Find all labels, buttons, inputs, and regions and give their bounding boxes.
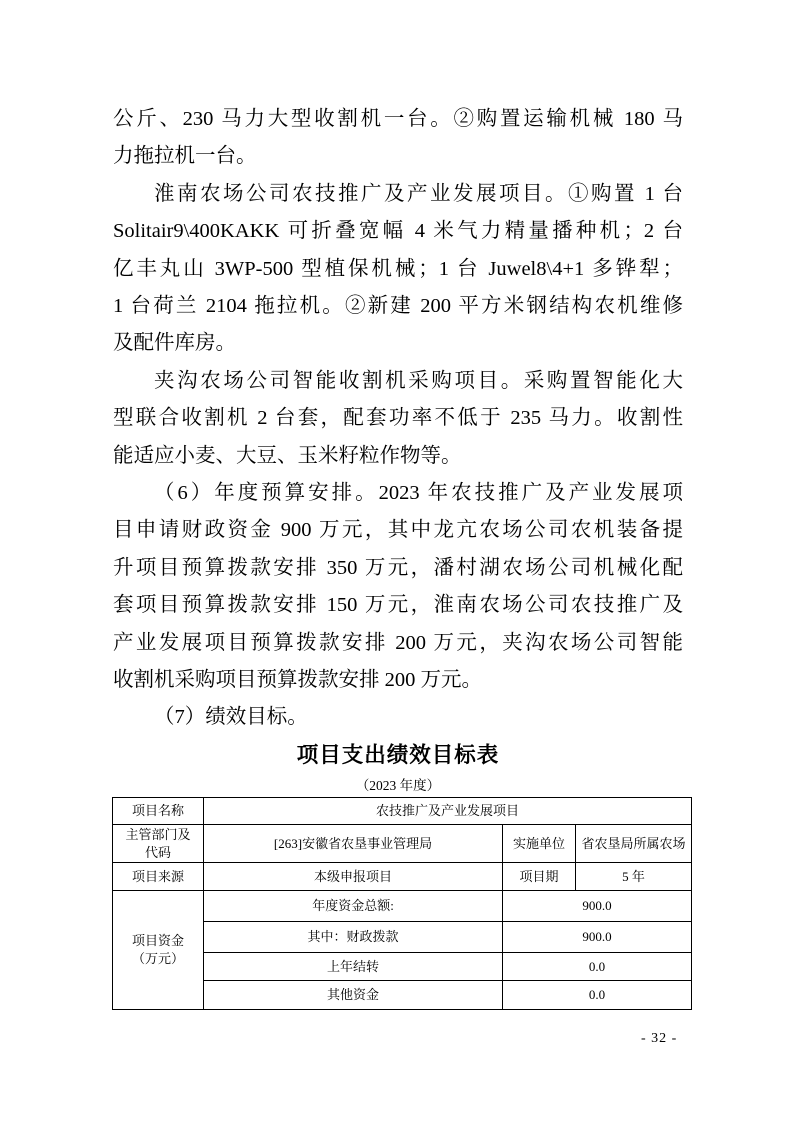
- body-text-block: 公斤、230 马力大型收割机一台。②购置运输机械 180 马 力拖拉机一台。 淮…: [113, 101, 683, 737]
- body-line: 力拖拉机一台。: [113, 138, 683, 175]
- funds-carryover-label: 上年结转: [204, 953, 503, 981]
- department-value: [263]安徽省农垦事业管理局: [204, 825, 503, 863]
- performance-table: 项目名称 农技推广及产业发展项目 主管部门及 代码 [263]安徽省农垦事业管理…: [112, 797, 692, 1010]
- document-page: 公斤、230 马力大型收割机一台。②购置运输机械 180 马 力拖拉机一台。 淮…: [0, 0, 794, 1123]
- performance-table-subtitle: （2023 年度）: [113, 774, 683, 794]
- body-line: 及配件库房。: [113, 325, 683, 362]
- project-name-label: 项目名称: [113, 798, 204, 825]
- project-source-label: 项目来源: [113, 863, 204, 891]
- body-line: 淮南农场公司农技推广及产业发展项目。①购置 1 台: [113, 176, 683, 213]
- funds-fiscal-value: 900.0: [503, 922, 692, 953]
- project-name-value: 农技推广及产业发展项目: [204, 798, 692, 825]
- body-line: Solitair9\400KAKK 可折叠宽幅 4 米气力精量播种机；2 台: [113, 213, 683, 250]
- body-line: 目申请财政资金 900 万元，其中龙亢农场公司农机装备提: [113, 512, 683, 549]
- table-row: 项目资金 （万元） 年度资金总额: 900.0: [113, 891, 692, 922]
- table-row: 主管部门及 代码 [263]安徽省农垦事业管理局 实施单位 省农垦局所属农场: [113, 825, 692, 863]
- body-line: 产业发展项目预算拨款安排 200 万元，夹沟农场公司智能: [113, 625, 683, 662]
- project-period-label: 项目期: [503, 863, 576, 891]
- body-line: 型联合收割机 2 台套，配套功率不低于 235 马力。收割性: [113, 400, 683, 437]
- implement-unit-value: 省农垦局所属农场: [576, 825, 692, 863]
- body-line: 1 台荷兰 2104 拖拉机。②新建 200 平方米钢结构农机维修: [113, 288, 683, 325]
- project-period-value: 5 年: [576, 863, 692, 891]
- project-source-value: 本级申报项目: [204, 863, 503, 891]
- implement-unit-label: 实施单位: [503, 825, 576, 863]
- body-line: 升项目预算拨款安排 350 万元，潘村湖农场公司机械化配: [113, 550, 683, 587]
- funds-other-label: 其他资金: [204, 981, 503, 1010]
- funds-total-label: 年度资金总额:: [204, 891, 503, 922]
- funds-label: 项目资金 （万元）: [113, 891, 204, 1010]
- table-row: 项目名称 农技推广及产业发展项目: [113, 798, 692, 825]
- funds-carryover-value: 0.0: [503, 953, 692, 981]
- funds-other-value: 0.0: [503, 981, 692, 1010]
- body-line: 套项目预算拨款安排 150 万元，淮南农场公司农技推广及: [113, 587, 683, 624]
- funds-fiscal-label: 其中：财政拨款: [204, 922, 503, 953]
- department-label: 主管部门及 代码: [113, 825, 204, 863]
- page-number: - 32 -: [641, 1031, 677, 1047]
- body-line: （6）年度预算安排。2023 年农技推广及产业发展项: [113, 475, 683, 512]
- funds-total-value: 900.0: [503, 891, 692, 922]
- performance-table-title: 项目支出绩效目标表: [113, 738, 683, 769]
- body-line: 亿丰丸山 3WP-500 型植保机械；1 台 Juwel8\4+1 多铧犁；: [113, 251, 683, 288]
- body-line: 能适应小麦、大豆、玉米籽粒作物等。: [113, 438, 683, 475]
- body-line: 收割机采购项目预算拨款安排 200 万元。: [113, 662, 683, 699]
- body-line: 公斤、230 马力大型收割机一台。②购置运输机械 180 马: [113, 101, 683, 138]
- table-row: 项目来源 本级申报项目 项目期 5 年: [113, 863, 692, 891]
- body-line: 夹沟农场公司智能收割机采购项目。采购置智能化大: [113, 363, 683, 400]
- body-line: （7）绩效目标。: [113, 699, 683, 736]
